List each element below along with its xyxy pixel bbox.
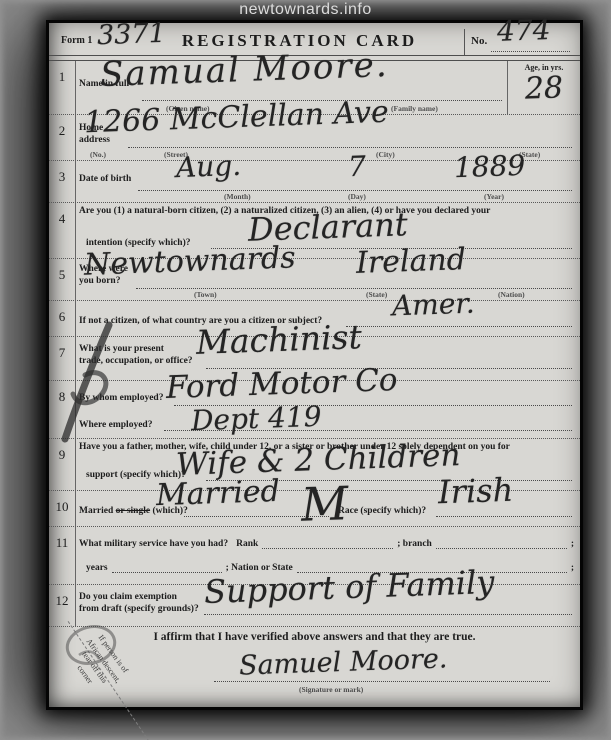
trade-answer-handwritten: Machinist xyxy=(195,320,362,359)
birth-day-handwritten: 7 xyxy=(348,153,367,182)
exemption-label-line1: Do you claim exemption xyxy=(79,592,177,604)
serial-number-handwritten: 3371 xyxy=(97,20,167,49)
military-question: What military service have you had? xyxy=(79,539,228,551)
military-answer-scrawl: M xyxy=(300,480,349,528)
row-employer: 8 By whom employed? Ford Motor Co Where … xyxy=(49,381,580,439)
signature-caption: (Signature or mark) xyxy=(299,685,363,694)
row-number: 4 xyxy=(49,203,76,258)
no-label: No. xyxy=(471,35,487,47)
birth-nation-handwritten: Ireland xyxy=(356,245,467,279)
race-dotted-line xyxy=(436,516,572,517)
no-dotted-line xyxy=(491,51,570,52)
birth-year-handwritten: 1889 xyxy=(454,152,526,182)
branch-dotted-line xyxy=(436,537,567,549)
branch-label: ; branch xyxy=(397,539,432,551)
row-date-of-birth: 3 Date of birth Aug. 7 1889 (Month) (Day… xyxy=(49,161,580,203)
registration-card: Form 1 3371 REGISTRATION CARD No. 474 1 … xyxy=(49,23,580,707)
rank-dotted-line xyxy=(262,537,393,549)
scanned-page: newtownards.info Form 1 3371 REGISTRATIO… xyxy=(0,0,611,740)
citizen-country-dotted-line xyxy=(346,326,572,327)
branch-semicolon: ; xyxy=(571,539,574,551)
form-label: Form 1 xyxy=(61,35,92,46)
family-name-sublabel: (Family name) xyxy=(391,104,438,113)
birth-town-handwritten: Newtownards xyxy=(84,243,297,280)
exemption-dotted-line xyxy=(204,614,572,615)
row-number: 10 xyxy=(49,491,76,526)
birthplace-dotted-line xyxy=(136,288,572,289)
row-number: 3 xyxy=(49,161,76,202)
name-handwritten: Samual Moore. xyxy=(99,48,389,92)
row-number: 9 xyxy=(49,439,76,490)
nation-semicolon: ; xyxy=(571,563,574,575)
race-label: Race (specify which)? xyxy=(338,506,426,518)
town-sublabel: (Town) xyxy=(194,290,217,299)
exemption-label-line2: from draft (specify grounds)? xyxy=(79,604,199,616)
address-handwritten: 1266 McClellan Ave xyxy=(84,98,390,139)
rank-label: Rank xyxy=(236,539,258,551)
city-sublabel: (City) xyxy=(376,150,395,159)
years-label: years xyxy=(86,563,108,575)
row-exemption: 12 Do you claim exemption from draft (sp… xyxy=(49,585,580,627)
row-number: 1 xyxy=(49,61,76,114)
row-number: 12 xyxy=(49,585,76,626)
married-answer-handwritten: Married xyxy=(156,477,281,511)
row-number: 11 xyxy=(49,527,76,584)
card-number-handwritten: 474 xyxy=(497,16,551,46)
no-sublabel: (No.) xyxy=(90,150,106,159)
age-box: Age, in yrs. 28 xyxy=(507,61,580,114)
where-employed-answer-handwritten: Dept 419 xyxy=(191,403,322,436)
married-label-pre: Married xyxy=(79,506,113,516)
dependents-answer-handwritten: Wife & 2 Children xyxy=(176,440,461,481)
employer-answer-handwritten: Ford Motor Co xyxy=(166,365,399,404)
day-sublabel: (Day) xyxy=(348,192,366,201)
header-divider xyxy=(464,29,465,55)
signature-dotted-line xyxy=(214,681,550,682)
row-number: 5 xyxy=(49,259,76,300)
address-dotted-line xyxy=(128,147,572,148)
row-number: 2 xyxy=(49,115,76,160)
married-label-struck: or single xyxy=(116,506,150,516)
row-birthplace: 5 Where were you born? Newtownards Irela… xyxy=(49,259,580,301)
age-handwritten: 28 xyxy=(507,73,580,105)
month-sublabel: (Month) xyxy=(224,192,251,201)
nation-sublabel: (Nation) xyxy=(498,290,525,299)
date-of-birth-label: Date of birth xyxy=(79,174,131,186)
exemption-answer-handwritten: Support of Family xyxy=(204,566,495,608)
signature-handwritten: Samuel Moore. xyxy=(239,645,448,679)
race-answer-handwritten: Irish xyxy=(437,474,513,509)
site-watermark: newtownards.info xyxy=(0,1,611,19)
citizen-country-answer-handwritten: Amer. xyxy=(392,290,475,321)
birth-month-handwritten: Aug. xyxy=(176,152,242,182)
state-sublabel: (State) xyxy=(366,290,387,299)
pencil-tally-mark xyxy=(55,321,127,443)
years-dotted-line xyxy=(112,561,222,573)
affirmation-statement: I affirm that I have verified above answ… xyxy=(49,627,580,647)
dob-dotted-line xyxy=(138,190,572,191)
year-sublabel: (Year) xyxy=(484,192,504,201)
